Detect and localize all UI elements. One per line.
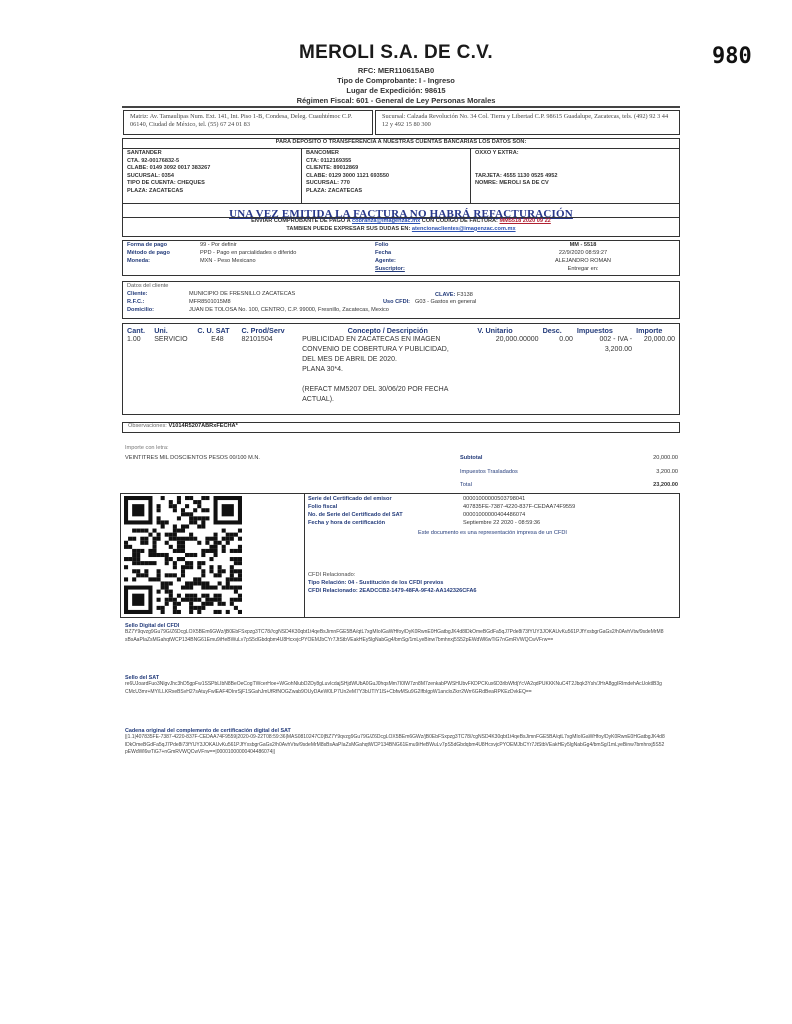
items-box: Cant.Uni.C. U. SATC. Prod/ServConcepto /… (122, 323, 680, 415)
bank-oxxo: OXXO Y EXTRA: TARJETA: 4555 1130 0525 49… (471, 149, 679, 203)
subtotal-label: Subtotal (460, 455, 482, 463)
folio-fiscal-label: Folio fiscal (308, 504, 337, 512)
cliente-value: MUNICIPIO DE FRESNILLO ZACATECAS (189, 291, 295, 299)
table-cell: 1.00 (125, 335, 152, 405)
bank-santander: SANTANDERCTA. 92-00176832-5CLABE: 0149 3… (123, 149, 302, 203)
bank-line: CLABE: 0149 3092 0017 383267 (127, 165, 297, 173)
metodo-pago-label: Método de pago (127, 250, 170, 258)
sello-sat-text: re6UJoardFuo3NlgvJhc3hD5gpFw1SSPbLIbN8Be… (125, 681, 665, 696)
tipo-comprobante: Tipo de Comprobante: I - Ingreso (0, 76, 792, 85)
company-rfc: RFC: MER110615AB0 (0, 66, 792, 75)
total-value: 23,200.00 (600, 482, 678, 490)
serie-emisor-label: Serie del Certificado del emisor (308, 496, 392, 504)
items-table: Cant.Uni.C. U. SATC. Prod/ServConcepto /… (125, 326, 677, 405)
folio-label: Folio (375, 242, 388, 250)
domicilio-label: Domicilio: (127, 307, 154, 315)
regimen-fiscal: Régimen Fiscal: 601 - General de Ley Per… (0, 96, 792, 105)
sello-cfdi-section: Sello Digital del CFDI BZ7Y9qvzg9Gu79G/Z… (125, 623, 665, 644)
sucursal-address: Sucursal: Calzada Revolución No. 34 Col.… (375, 110, 680, 135)
table-cell: PUBLICIDAD EN ZACATECAS EN IMAGENCONVENI… (300, 335, 475, 405)
tipo-relacion: Tipo Relación: 04 - Sustitución de los C… (308, 580, 443, 588)
table-cell: 002 - IVA -3,200.00 (575, 335, 634, 405)
send-proof-label: ENVIAR COMPROBANTE DE PAGO A (251, 218, 352, 224)
cadena-original-text: ||1.1|407835FE-7387-4220-837F-CEDAA74F95… (125, 734, 665, 757)
header-divider (122, 106, 680, 108)
cobranza-email-link[interactable]: cobranza@imagenzac.mx (352, 218, 420, 224)
representation-note: Este documento es una representación imp… (305, 530, 680, 538)
uso-cfdi-label: Uso CFDI: (383, 299, 410, 307)
bank-line: PLAZA: ZACATECAS (306, 188, 466, 196)
client-heading: Datos del cliente (127, 283, 168, 291)
bank-line: SUCURSAL: 0354 (127, 173, 297, 181)
agente-value: ALEJANDRO ROMAN (523, 258, 643, 266)
bank-line (475, 158, 675, 166)
forma-pago-value: 99 - Por definir (200, 242, 237, 250)
column-header: Desc. (541, 326, 575, 335)
bank-line: PLAZA: ZACATECAS (127, 188, 297, 196)
serie-sat-label: No. de Serie del Certificado del SAT (308, 512, 403, 520)
table-cell: 20,000.00000 (475, 335, 540, 405)
observaciones-value: V1014R5207ABRxFECHA* (168, 423, 237, 429)
qr-code-icon (124, 496, 242, 614)
doubts-line: TAMBIEN PUEDE EXPRESAR SUS DUDAS EN: ate… (123, 226, 679, 234)
atencion-email-link[interactable]: atencionaclientes@imagenzac.com.mx (412, 226, 516, 232)
observaciones-box: Observaciones: V1014R5207ABRxFECHA* (122, 422, 680, 433)
no-refacturacion-row: UNA VEZ EMITIDA LA FACTURA NO HABRÁ REFA… (123, 204, 679, 218)
bank-line: SANTANDER (127, 150, 297, 158)
doubts-label: TAMBIEN PUEDE EXPRESAR SUS DUDAS EN: (286, 226, 411, 232)
column-header: Concepto / Descripción (300, 326, 475, 335)
column-header: Uni. (152, 326, 195, 335)
cliente-label: Cliente: (127, 291, 148, 299)
domicilio-value: JUAN DE TOLOSA No. 100, CENTRO, C.P. 990… (189, 307, 389, 315)
rfc-label: R.F.C.: (127, 299, 144, 307)
fecha-cert-label: Fecha y hora de certificación (308, 520, 385, 528)
items-header-row: Cant.Uni.C. U. SATC. Prod/ServConcepto /… (125, 326, 677, 335)
impuestos-label: Impuestos Trasladados (460, 469, 518, 477)
subtotal-value: 20,000.00 (600, 455, 678, 463)
column-header: Importe (634, 326, 677, 335)
cadena-original-section: Cadena original del complemento de certi… (125, 728, 665, 757)
column-header: C. Prod/Serv (239, 326, 300, 335)
payment-box: Forma de pago 99 - Por definir Método de… (122, 240, 680, 276)
bank-line: SUCURSAL: 770 (306, 180, 466, 188)
metodo-pago-value: PPD - Pago en parcialidades o diferido (200, 250, 296, 258)
client-box: Datos del cliente Cliente: MUNICIPIO DE … (122, 281, 680, 319)
bank-line: CLABE: 0129 3000 1121 693550 (306, 173, 466, 181)
invoice-code-label: CON CODIGO DE FACTURA: (420, 218, 499, 224)
folio-fiscal-value: 407835FE-7387-4220-837F-CEDAA74F9559 (463, 504, 575, 512)
sello-sat-section: Sello del SAT re6UJoardFuo3NlgvJhc3hD5gp… (125, 675, 665, 696)
company-name: MEROLI S.A. DE C.V. (0, 42, 792, 64)
matriz-address: Matriz: Av. Tamaulipas Num. Ext. 141, In… (123, 110, 373, 135)
bank-line: CTA: 0112169355 (306, 158, 466, 166)
bank-line (475, 188, 675, 196)
fecha-cert-value: Septiembre 22 2020 - 08:59:36 (463, 520, 540, 528)
table-cell: 82101504 (239, 335, 300, 405)
bank-bancomer: BANCOMERCTA: 0112169355CLIENTE: 89012869… (302, 149, 471, 203)
serie-sat-value: 00001000000404486074 (463, 512, 525, 520)
bank-info-box: PARA DEPOSITO O TRANSFERENCIA A NUESTRAS… (122, 138, 680, 237)
send-proof-line: ENVIAR COMPROBANTE DE PAGO A cobranza@im… (123, 218, 679, 226)
bank-line: OXXO Y EXTRA: (475, 150, 675, 158)
suscriptor-label: Suscriptor: (375, 266, 405, 274)
fecha-label: Fecha (375, 250, 391, 258)
bank-line: TIPO DE CUENTA: CHEQUES (127, 180, 297, 188)
observaciones-label: Observaciones: (128, 423, 167, 429)
serie-emisor-value: 00001000000503798041 (463, 496, 525, 504)
column-header: Cant. (125, 326, 152, 335)
bank-line: BANCOMER (306, 150, 466, 158)
bank-heading: PARA DEPOSITO O TRANSFERENCIA A NUESTRAS… (123, 139, 679, 149)
moneda-label: Moneda: (127, 258, 150, 266)
column-header: C. U. SAT (195, 326, 239, 335)
fecha-value: 22/9/2020 08:59:27 (523, 250, 643, 258)
sello-cfdi-text: BZ7Y9qvzg9Gu79G/Z6DcgLOX5BEm6GWz/jB0EbFS… (125, 629, 665, 644)
table-cell: E48 (195, 335, 239, 405)
uso-cfdi-value: G03 - Gastos en general (415, 299, 476, 307)
moneda-value: MXN - Peso Mexicano (200, 258, 256, 266)
certificate-box: Serie del Certificado del emisor 0000100… (305, 493, 680, 618)
total-label: Total (460, 482, 472, 490)
bank-line: CLIENTE: 89012869 (306, 165, 466, 173)
importe-letra-label: Importe con letra: (125, 445, 169, 453)
folio-value: MM - 5518 (523, 242, 643, 250)
relacionado-heading: CFDI Relacionado: (308, 572, 355, 580)
rfc-value: MFR8501015M8 (189, 299, 231, 307)
bank-line: TARJETA: 4555 1130 0525 4952 (475, 173, 675, 181)
table-cell: SERVICIO (152, 335, 195, 405)
table-row: 1.00SERVICIOE4882101504PUBLICIDAD EN ZAC… (125, 335, 677, 405)
table-cell: 20,000.00 (634, 335, 677, 405)
lugar-expedicion: Lugar de Expedición: 98615 (0, 86, 792, 95)
column-header: Impuestos (575, 326, 634, 335)
cfdi-relacionado: CFDI Relacionado: 2EADCCB2-1479-48FA-9F4… (308, 588, 477, 596)
bank-line: CTA. 92-00176832-5 (127, 158, 297, 166)
entregar-label: Entregar en: (523, 266, 643, 274)
bank-columns: SANTANDERCTA. 92-00176832-5CLABE: 0149 3… (123, 149, 679, 204)
column-header: V. Unitario (475, 326, 540, 335)
forma-pago-label: Forma de pago (127, 242, 167, 250)
invoice-code: MM5518 2020 09 22 (499, 218, 550, 224)
table-cell: 0.00 (541, 335, 575, 405)
agente-label: Agente: (375, 258, 396, 266)
impuestos-value: 3,200.00 (600, 469, 678, 477)
bank-line (475, 165, 675, 173)
bank-line: NOMRE: MEROLI SA DE CV (475, 180, 675, 188)
importe-letra: VEINTITRES MIL DOSCIENTOS PESOS 00/100 M… (125, 455, 260, 463)
